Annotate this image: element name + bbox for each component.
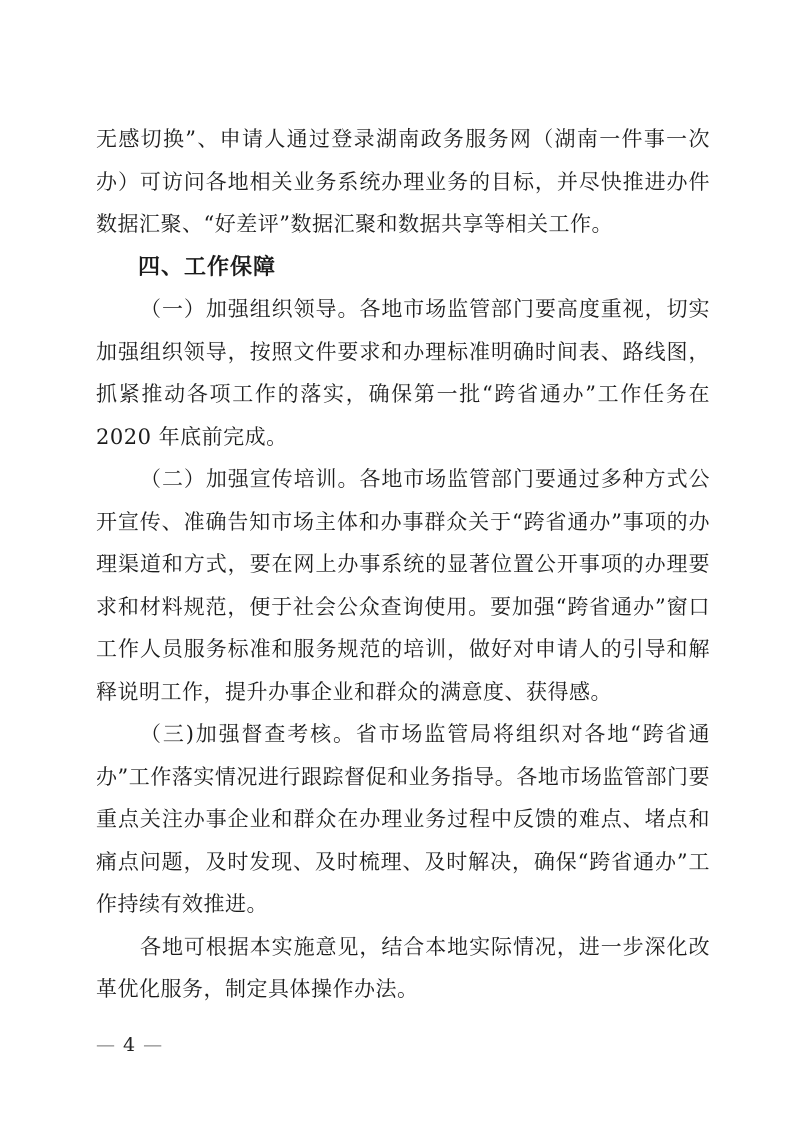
paragraph-closing: 各地可根据本实施意见，结合本地实际情况，进一步深化改革优化服务，制定具体操作办法… — [96, 926, 710, 1011]
footer-right-dash: — — [143, 1034, 164, 1056]
page-footer: —4— — [96, 1032, 164, 1058]
document-page: 无感切换”、申请人通过登录湖南政务服务网（湖南一件事一次办）可访问各地相关业务系… — [0, 0, 793, 1122]
item-3-text: 省市场监管局将组织对各地“跨省通办”工作落实情况进行跟踪督促和业务指导。各地市场… — [96, 722, 710, 916]
item-2-lead: （二）加强宣传培训。 — [140, 467, 359, 491]
paragraph-item-3: （三)加强督查考核。省市场监管局将组织对各地“跨省通办”工作落实情况进行跟踪督促… — [96, 713, 710, 926]
paragraph-item-1: （一）加强组织领导。各地市场监管部门要高度重视，切实加强组织领导，按照文件要求和… — [96, 288, 710, 458]
paragraph-continuation: 无感切换”、申请人通过登录湖南政务服务网（湖南一件事一次办）可访问各地相关业务系… — [96, 118, 710, 246]
paragraph-item-2: （二）加强宣传培训。各地市场监管部门要通过多种方式公开宣传、准确告知市场主体和办… — [96, 458, 710, 713]
footer-left-dash: — — [96, 1034, 117, 1056]
item-1-lead: （一）加强组织领导。 — [140, 297, 359, 321]
section-heading-work-guarantee: 四、工作保障 — [96, 246, 710, 289]
document-body: 无感切换”、申请人通过登录湖南政务服务网（湖南一件事一次办）可访问各地相关业务系… — [96, 118, 710, 1011]
page-number: 4 — [117, 1034, 143, 1056]
item-2-text: 各地市场监管部门要通过多种方式公开宣传、准确告知市场主体和办事群众关于“跨省通办… — [96, 467, 710, 704]
item-3-lead: （三)加强督查考核。 — [140, 722, 356, 746]
